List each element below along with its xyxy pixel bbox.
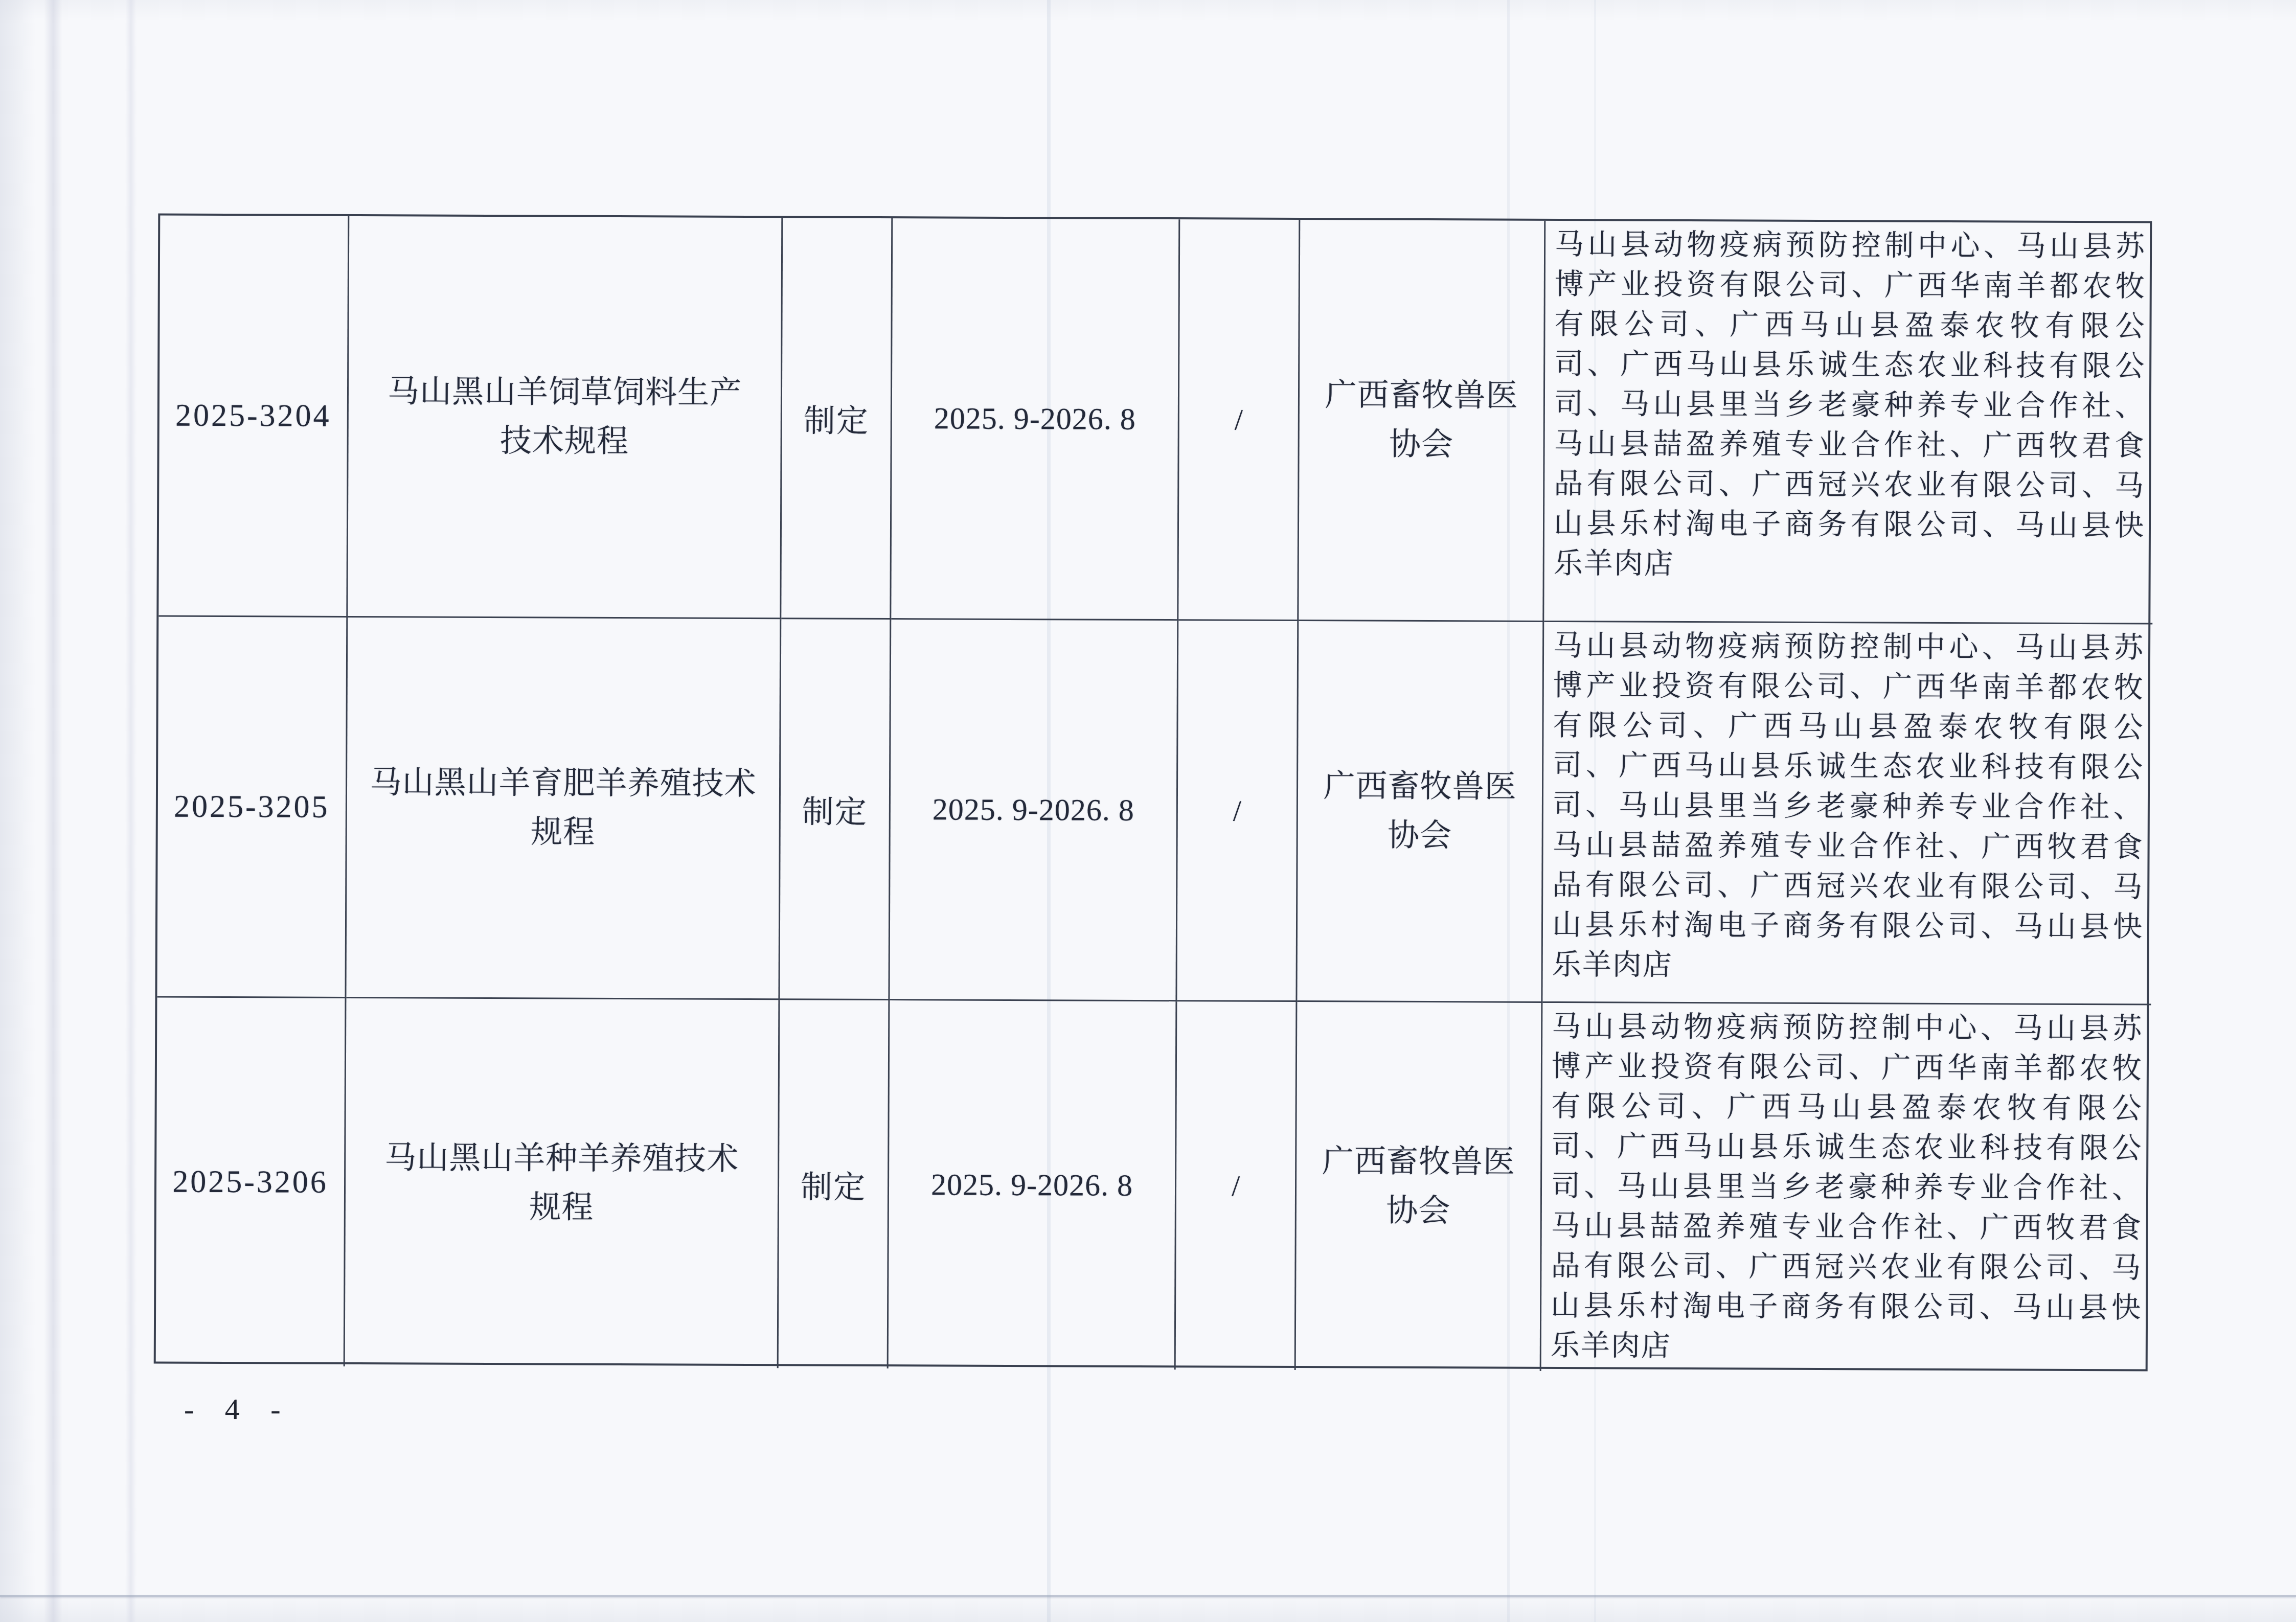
scanned-document-page: 2025-3204 马山黑山羊饲草饲料生产技术规程 制定 2025. 9-202… [0, 0, 2296, 1622]
standards-project-table: 2025-3204 马山黑山羊饲草饲料生产技术规程 制定 2025. 9-202… [154, 214, 2152, 1372]
text-line: 有限公司、广西马山县盈泰农牧有限公 [1551, 1087, 2142, 1129]
text-line: 乐羊肉店 [1552, 945, 2143, 987]
text-line: 乐羊肉店 [1551, 1326, 2142, 1368]
cell-nature: 制定 [780, 619, 891, 1000]
cell-note: / [1177, 621, 1299, 1002]
text-line: 博产业投资有限公司、广西华南羊都农牧 [1553, 666, 2144, 708]
text-line: 品有限公司、广西冠兴农业有限公司、马 [1551, 1246, 2142, 1288]
text-line: 规程 [529, 1183, 594, 1232]
text-line: 马山县动物疫病预防控制中心、马山县苏 [1553, 626, 2144, 668]
project-id: 2025-3204 [175, 397, 331, 434]
cell-period: 2025. 9-2026. 8 [891, 218, 1180, 621]
text-line: 协会 [1386, 1186, 1450, 1236]
cell-project-name: 马山黑山羊饲草饲料生产技术规程 [348, 216, 783, 619]
text-line: 广西畜牧兽医 [1325, 371, 1518, 420]
text-line: 马山县喆盈养殖专业合作社、广西牧君食 [1551, 1206, 2142, 1248]
text-line: 山县乐村淘电子商务有限公司、马山县快 [1554, 504, 2145, 546]
cell-lead-organization: 广西畜牧兽医协会 [1296, 1002, 1543, 1371]
cell-lead-organization: 广西畜牧兽医协会 [1297, 621, 1544, 1003]
text-line: 协会 [1389, 420, 1453, 469]
text-line: 马山县动物疫病预防控制中心、马山县苏 [1552, 1007, 2143, 1049]
project-id: 2025-3206 [172, 1163, 328, 1200]
text-line: 马山县动物疫病预防控制中心、马山县苏 [1555, 225, 2146, 267]
text-line: 司、马山县里当乡老豪种养专业合作社、 [1553, 786, 2144, 828]
note-value: / [1233, 793, 1241, 828]
note-value: / [1232, 1169, 1240, 1203]
cell-project-id: 2025-3204 [158, 216, 349, 618]
note-value: / [1235, 402, 1243, 437]
cell-participating-organizations: 马山县动物疫病预防控制中心、马山县苏博产业投资有限公司、广西华南羊都农牧有限公司… [1542, 622, 2152, 1006]
cell-nature: 制定 [779, 1000, 890, 1368]
period-value: 2025. 9-2026. 8 [933, 792, 1134, 828]
cell-nature: 制定 [781, 218, 893, 620]
cell-project-id: 2025-3205 [157, 617, 348, 998]
text-line: 乐羊肉店 [1554, 544, 2145, 586]
text-line: 广西畜牧兽医 [1322, 1137, 1515, 1186]
cell-project-name: 马山黑山羊育肥羊养殖技术规程 [346, 618, 781, 1000]
cell-project-id: 2025-3206 [156, 998, 347, 1366]
cell-period: 2025. 9-2026. 8 [890, 620, 1178, 1001]
text-line: 司、马山县里当乡老豪种养专业合作社、 [1554, 384, 2145, 426]
scan-streak [125, 0, 137, 1622]
text-line: 山县乐村淘电子商务有限公司、马山县快 [1552, 905, 2143, 947]
cell-participating-organizations: 马山县动物疫病预防控制中心、马山县苏博产业投资有限公司、广西华南羊都农牧有限公司… [1544, 221, 2154, 625]
text-line: 马山县喆盈养殖专业合作社、广西牧君食 [1552, 826, 2143, 867]
scan-streak [44, 0, 62, 1622]
text-line: 马山县喆盈养殖专业合作社、广西牧君食 [1554, 424, 2145, 466]
cell-lead-organization: 广西畜牧兽医协会 [1299, 220, 1545, 622]
text-line: 品有限公司、广西冠兴农业有限公司、马 [1552, 865, 2143, 907]
cell-project-name: 马山黑山羊种羊养殖技术规程 [345, 998, 780, 1368]
text-line: 司、广西马山县乐诚生态农业科技有限公 [1554, 345, 2145, 386]
cell-note: / [1176, 1001, 1298, 1370]
text-line: 马山黑山羊饲草饲料生产 [388, 367, 742, 418]
text-line: 马山黑山羊种羊养殖技术 [384, 1133, 739, 1184]
text-line: 广西畜牧兽医 [1323, 762, 1516, 811]
nature-label: 制定 [801, 1161, 866, 1207]
text-line: 有限公司、广西马山县盈泰农牧有限公 [1554, 305, 2145, 347]
cell-period: 2025. 9-2026. 8 [889, 1000, 1177, 1369]
project-id: 2025-3205 [174, 788, 330, 825]
text-line: 协会 [1388, 811, 1452, 860]
text-line: 有限公司、广西马山县盈泰农牧有限公 [1553, 706, 2144, 748]
text-line: 马山黑山羊育肥羊养殖技术 [370, 758, 756, 809]
nature-label: 制定 [804, 395, 869, 441]
text-line: 规程 [531, 808, 595, 857]
text-line: 司、广西马山县乐诚生态农业科技有限公 [1551, 1127, 2142, 1169]
nature-label: 制定 [802, 786, 868, 832]
page-number: - 4 - [184, 1392, 286, 1426]
cell-participating-organizations: 马山县动物疫病预防控制中心、马山县苏博产业投资有限公司、广西华南羊都农牧有限公司… [1541, 1003, 2151, 1374]
scan-edge-artifact [0, 1595, 2296, 1597]
period-value: 2025. 9-2026. 8 [934, 401, 1136, 437]
text-line: 司、马山县里当乡老豪种养专业合作社、 [1551, 1167, 2142, 1208]
period-value: 2025. 9-2026. 8 [931, 1167, 1133, 1203]
cell-note: / [1178, 219, 1300, 621]
text-line: 博产业投资有限公司、广西华南羊都农牧 [1552, 1047, 2143, 1089]
text-line: 技术规程 [500, 417, 629, 466]
text-line: 司、广西马山县乐诚生态农业科技有限公 [1553, 746, 2144, 788]
text-line: 博产业投资有限公司、广西华南羊都农牧 [1555, 265, 2146, 307]
text-line: 山县乐村淘电子商务有限公司、马山县快 [1551, 1286, 2142, 1328]
text-line: 品有限公司、广西冠兴农业有限公司、马 [1554, 464, 2145, 506]
